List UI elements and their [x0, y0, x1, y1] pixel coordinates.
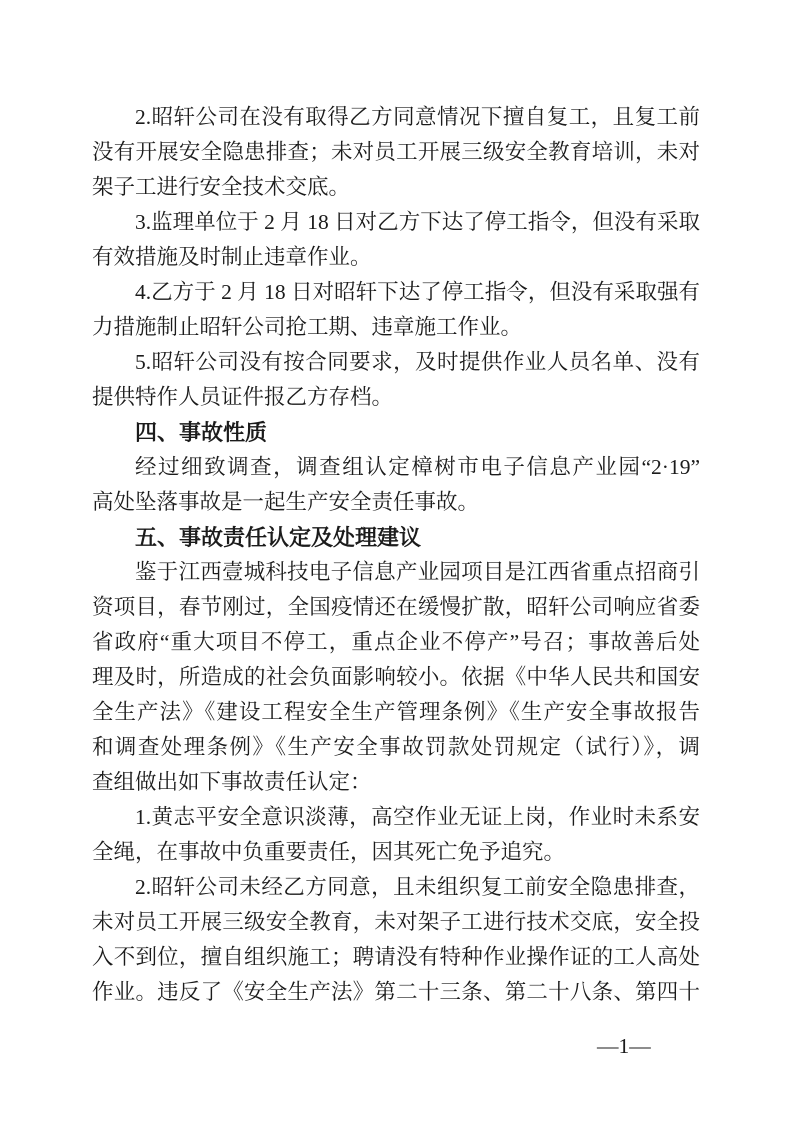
- text-line: 省政府“重大项目不停工，重点企业不停产”号召；事故善后处: [92, 625, 700, 660]
- text-line: 2.昭轩公司在没有取得乙方同意情况下擅自复工，且复工前: [92, 100, 700, 135]
- text-line: 有效措施及时制止违章作业。: [92, 240, 700, 275]
- heading-line: 五、事故责任认定及处理建议: [92, 520, 700, 555]
- text-line: 未对员工开展三级安全教育，未对架子工进行技术交底，安全投: [92, 905, 700, 940]
- text-line: 架子工进行安全技术交底。: [92, 170, 700, 205]
- text-line: 全绳，在事故中负重要责任，因其死亡免予追究。: [92, 835, 700, 870]
- document-page: 2.昭轩公司在没有取得乙方同意情况下擅自复工，且复工前没有开展安全隐患排查；未对…: [0, 0, 793, 1122]
- text-line: 作业。违反了《安全生产法》第二十三条、第二十八条、第四十: [92, 975, 700, 1010]
- page-number: —1—: [597, 1033, 651, 1059]
- section-heading: 四、事故性质: [92, 415, 700, 450]
- text-line: 3.监理单位于 2 月 18 日对乙方下达了停工指令，但没有采取: [92, 205, 700, 240]
- text-line: 和调查处理条例》《生产安全事故罚款处罚规定（试行）》，调: [92, 730, 700, 765]
- text-line: 提供特作人员证件报乙方存档。: [92, 380, 700, 415]
- text-line: 鉴于江西壹城科技电子信息产业园项目是江西省重点招商引: [92, 555, 700, 590]
- text-line: 资项目，春节刚过，全国疫情还在缓慢扩散，昭轩公司响应省委: [92, 590, 700, 625]
- text-line: 1.黄志平安全意识淡薄，高空作业无证上岗，作业时未系安: [92, 800, 700, 835]
- paragraph: 鉴于江西壹城科技电子信息产业园项目是江西省重点招商引资项目，春节刚过，全国疫情还…: [92, 555, 700, 800]
- text-line: 力措施制止昭轩公司抢工期、违章施工作业。: [92, 310, 700, 345]
- paragraph: 4.乙方于 2 月 18 日对昭轩下达了停工指令，但没有采取强有力措施制止昭轩公…: [92, 275, 700, 345]
- heading-line: 四、事故性质: [92, 415, 700, 450]
- document-body: 2.昭轩公司在没有取得乙方同意情况下擅自复工，且复工前没有开展安全隐患排查；未对…: [92, 100, 700, 1010]
- paragraph: 2.昭轩公司未经乙方同意，且未组织复工前安全隐患排查，未对员工开展三级安全教育，…: [92, 870, 700, 1010]
- text-line: 没有开展安全隐患排查；未对员工开展三级安全教育培训，未对: [92, 135, 700, 170]
- text-line: 理及时，所造成的社会负面影响较小。依据《中华人民共和国安: [92, 660, 700, 695]
- paragraph: 3.监理单位于 2 月 18 日对乙方下达了停工指令，但没有采取有效措施及时制止…: [92, 205, 700, 275]
- text-line: 全生产法》《建设工程安全生产管理条例》《生产安全事故报告: [92, 695, 700, 730]
- paragraph: 1.黄志平安全意识淡薄，高空作业无证上岗，作业时未系安全绳，在事故中负重要责任，…: [92, 800, 700, 870]
- text-line: 4.乙方于 2 月 18 日对昭轩下达了停工指令，但没有采取强有: [92, 275, 700, 310]
- section-heading: 五、事故责任认定及处理建议: [92, 520, 700, 555]
- text-line: 2.昭轩公司未经乙方同意，且未组织复工前安全隐患排查，: [92, 870, 700, 905]
- text-line: 5.昭轩公司没有按合同要求，及时提供作业人员名单、没有: [92, 345, 700, 380]
- paragraph: 经过细致调查，调查组认定樟树市电子信息产业园“2·19”高处坠落事故是一起生产安…: [92, 450, 700, 520]
- text-line: 经过细致调查，调查组认定樟树市电子信息产业园“2·19”: [92, 450, 700, 485]
- paragraph: 2.昭轩公司在没有取得乙方同意情况下擅自复工，且复工前没有开展安全隐患排查；未对…: [92, 100, 700, 205]
- text-line: 入不到位，擅自组织施工；聘请没有特种作业操作证的工人高处: [92, 940, 700, 975]
- text-line: 高处坠落事故是一起生产安全责任事故。: [92, 485, 700, 520]
- text-line: 查组做出如下事故责任认定：: [92, 765, 700, 800]
- paragraph: 5.昭轩公司没有按合同要求，及时提供作业人员名单、没有提供特作人员证件报乙方存档…: [92, 345, 700, 415]
